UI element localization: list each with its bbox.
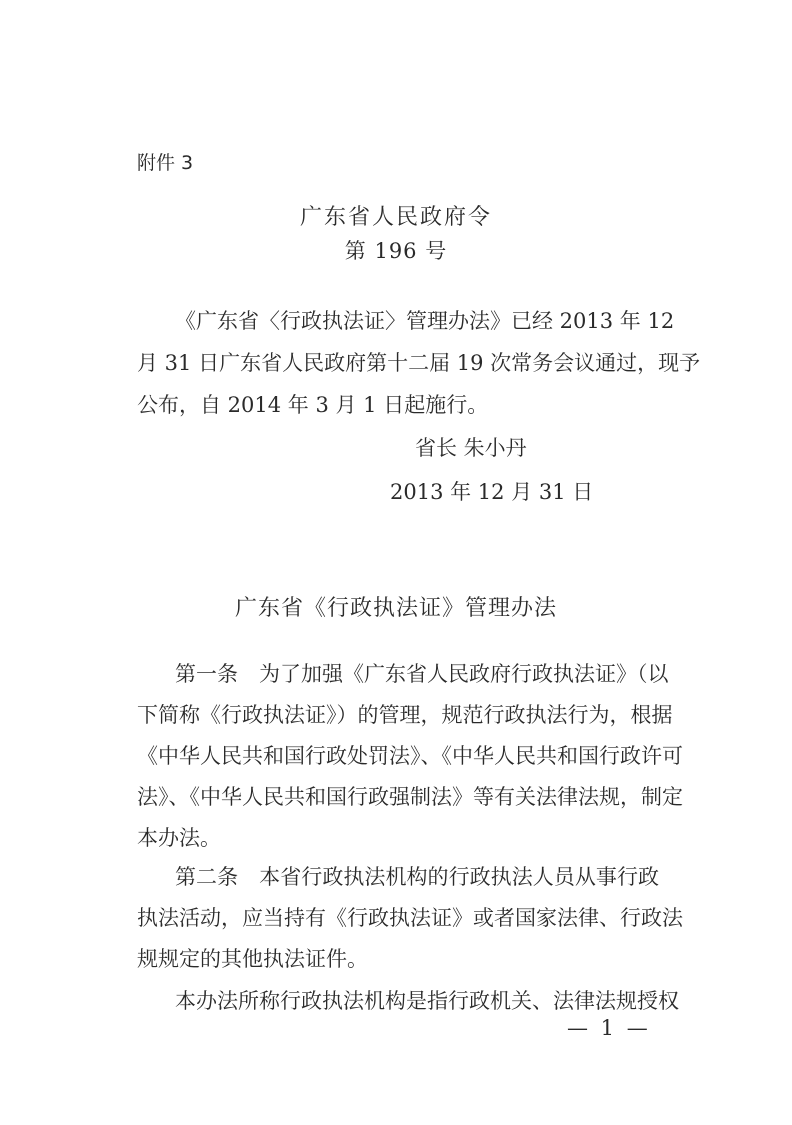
article-2-line: 规规定的其他执法证件。 — [137, 943, 659, 973]
order-title: 广东省人民政府令 — [0, 200, 792, 231]
article-1-line: 本办法。 — [137, 822, 659, 852]
article-1-line: 下简称《行政执法证》）的管理，规范行政执法行为，根据 — [137, 699, 659, 729]
attachment-label: 附件 3 — [137, 148, 193, 175]
page-number: — 1 — — [567, 1016, 651, 1040]
signatory: 省长 朱小丹 — [415, 432, 527, 462]
article-2-line: 执法活动，应当持有《行政执法证》或者国家法律、行政法 — [137, 902, 659, 932]
order-number: 第 196 号 — [0, 235, 792, 265]
order-text-line: 公布，自 2014 年 3 月 1 日起施行。 — [137, 389, 659, 419]
article-2-paragraph-2-line: 本办法所称行政执法机构是指行政机关、法律法规授权 — [175, 985, 659, 1015]
order-text-line: 《广东省〈行政执法证〉管理办法》已经 2013 年 12 — [175, 305, 659, 335]
article-1-line: 法》、《中华人民共和国行政强制法》等有关法律法规，制定 — [137, 781, 659, 811]
order-date: 2013 年 12 月 31 日 — [390, 476, 593, 506]
article-1-line: 《中华人民共和国行政处罚法》、《中华人民共和国行政许可 — [137, 740, 659, 770]
regulation-title: 广东省《行政执法证》管理办法 — [0, 591, 792, 622]
article-2-line: 第二条 本省行政执法机构的行政执法人员从事行政 — [175, 861, 659, 891]
article-1-line: 第一条 为了加强《广东省人民政府行政执法证》（以 — [175, 658, 659, 688]
order-text-line: 月 31 日广东省人民政府第十二届 19 次常务会议通过，现予 — [137, 347, 659, 377]
